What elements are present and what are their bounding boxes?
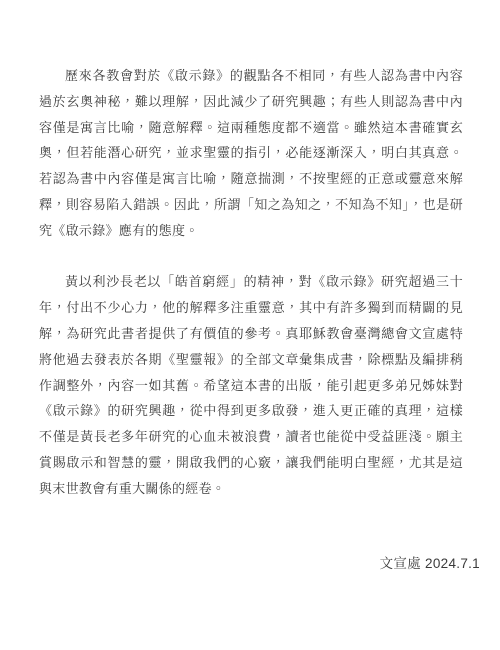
preface-paragraph-2: 黃以利沙長老以「皓首窮經」的精神，對《啟示錄》研究超過三十年，付出不少心力，他的… [39, 269, 463, 501]
signature-line: 文宣處 2024.7.1 [39, 552, 480, 572]
document-page: 歷來各教會對於《啟示錄》的觀點各不相同，有些人認為書中內容過於玄奧神秘，難以理解… [0, 0, 500, 650]
preface-paragraph-1: 歷來各教會對於《啟示錄》的觀點各不相同，有些人認為書中內容過於玄奧神秘，難以理解… [39, 63, 463, 244]
